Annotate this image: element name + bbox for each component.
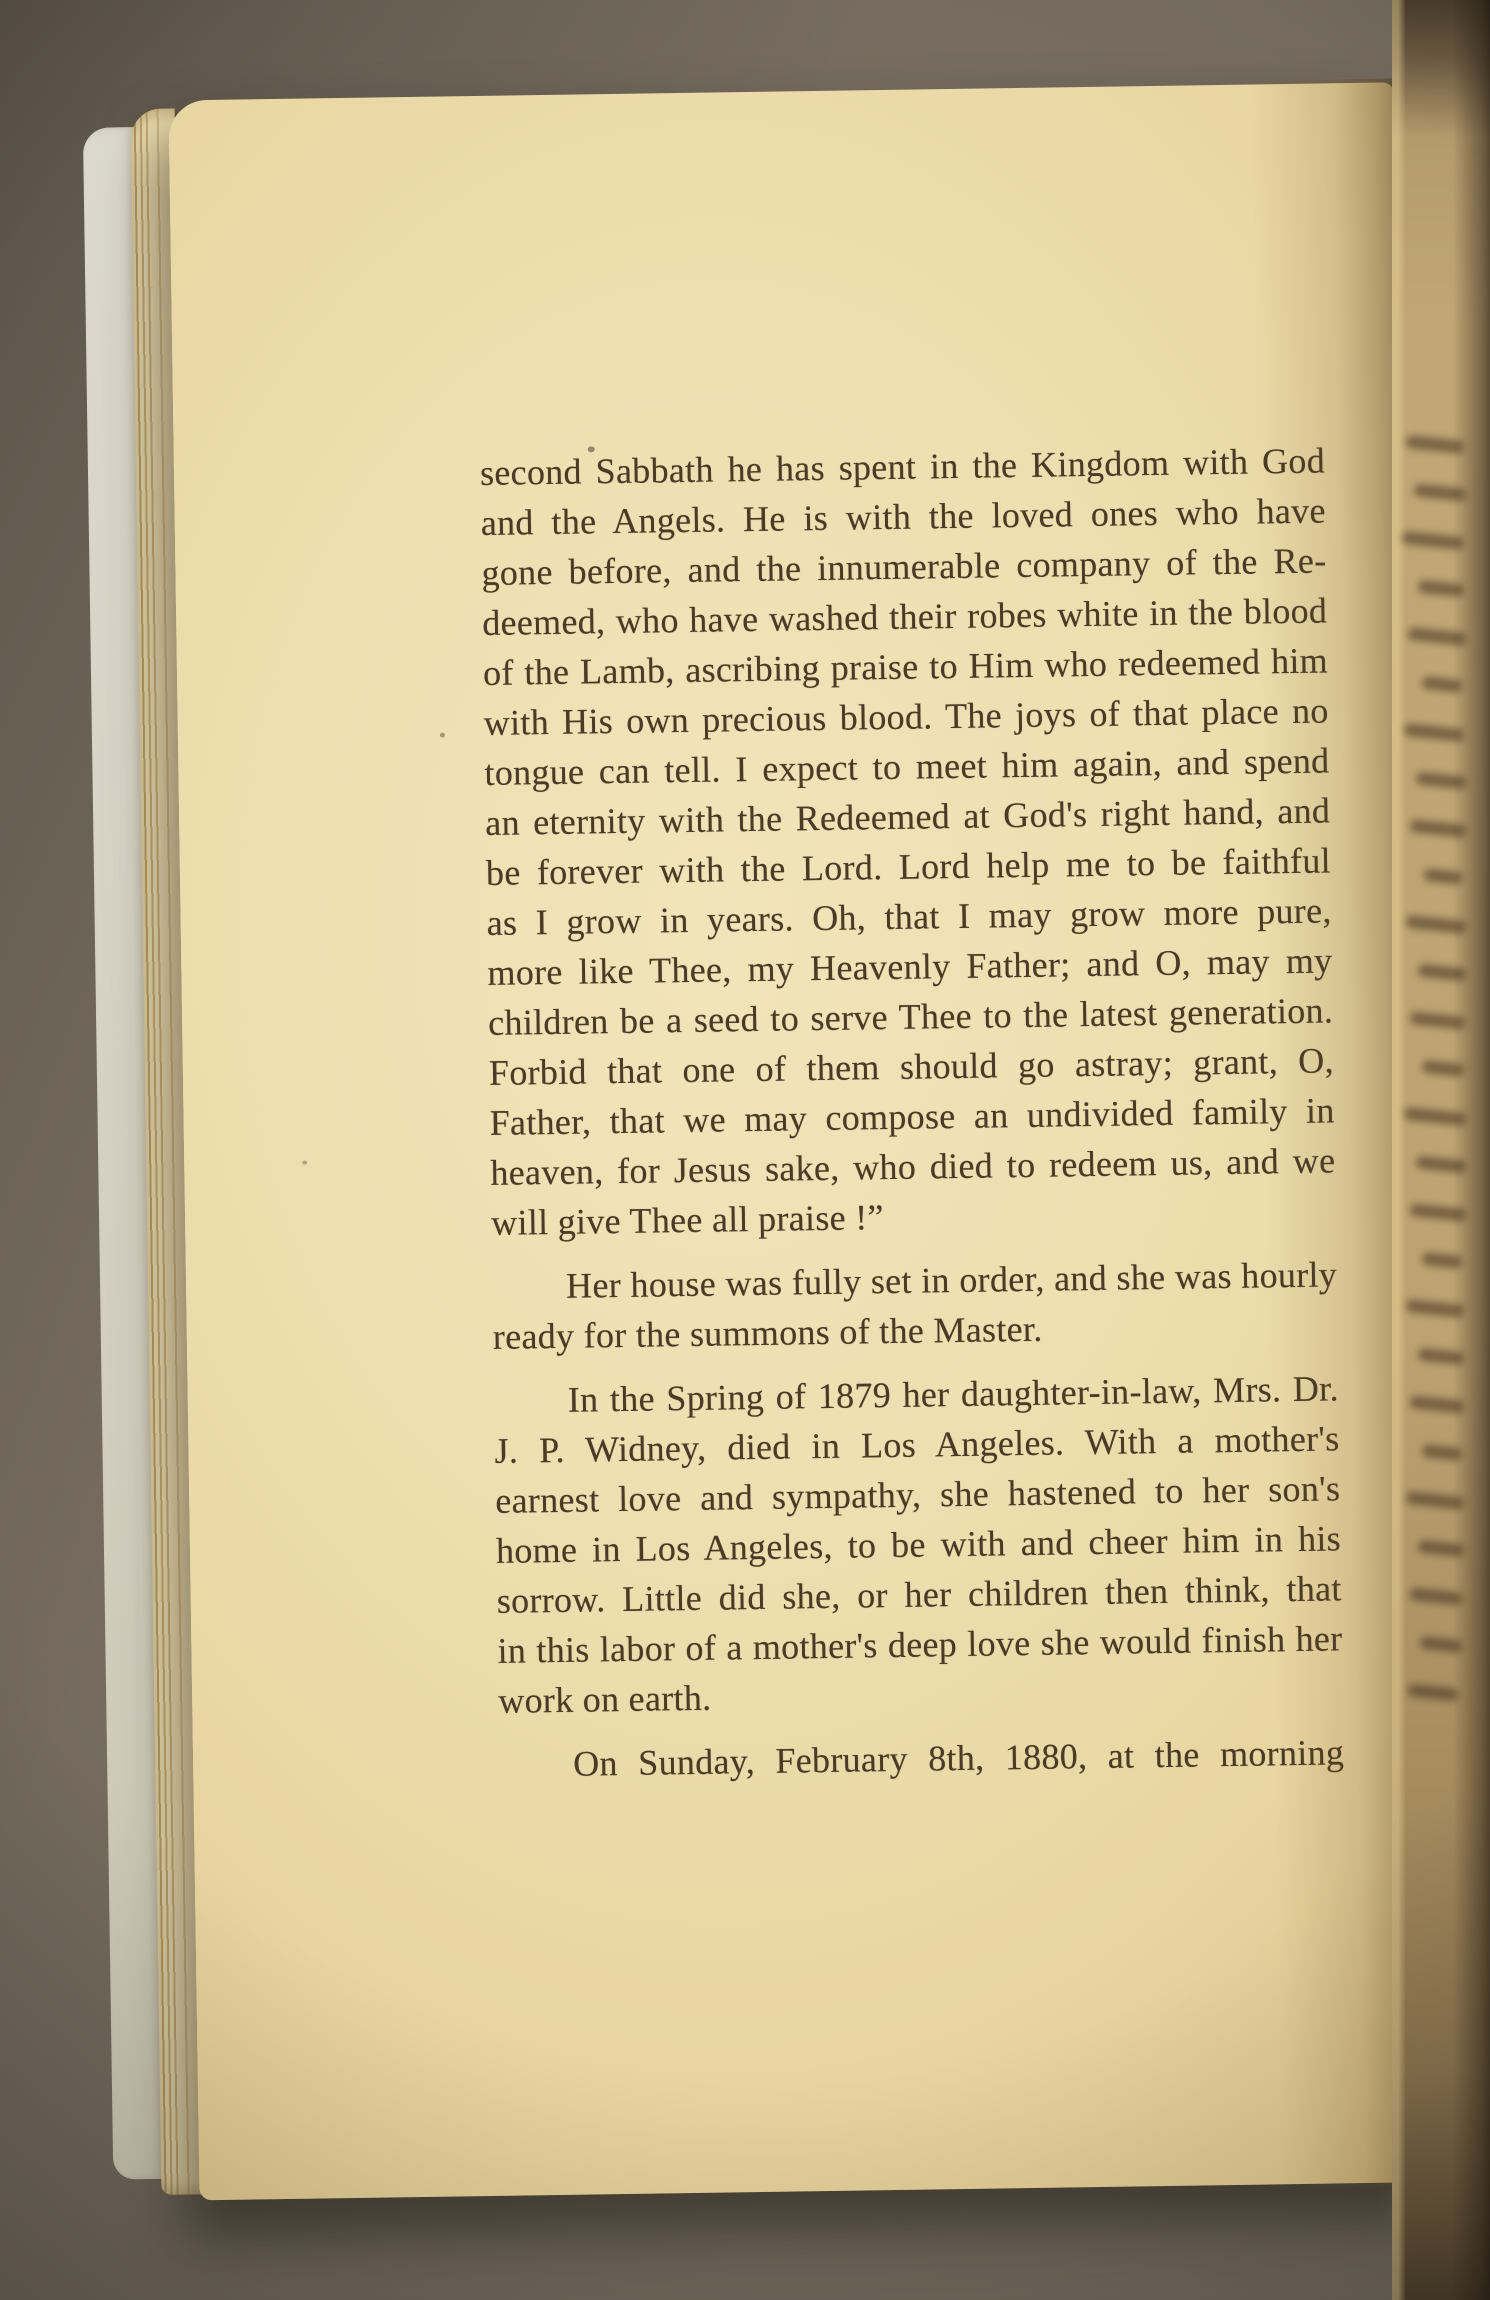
page-text: second Sabbath he has spent in the Kingd…: [480, 435, 1345, 1789]
blurred-text-line: [1409, 1203, 1466, 1222]
blurred-text-line: [1413, 483, 1466, 501]
book-page: second Sabbath he has spent in the Kingd…: [168, 82, 1425, 2200]
paragraph: On Sunday, February 8th, 1880, at the mo…: [499, 1727, 1345, 1790]
blurred-text-line: [1407, 1683, 1458, 1701]
blurred-text-line: [1421, 1252, 1462, 1269]
blurred-text-line: [1415, 771, 1466, 789]
ink-speck: [302, 1161, 307, 1165]
blurred-text-line: [1417, 580, 1464, 598]
blurred-text-line: [1405, 915, 1466, 934]
photo-backdrop: second Sabbath he has spent in the Kingd…: [0, 0, 1490, 2300]
blurred-text-line: [1417, 1540, 1464, 1558]
book: second Sabbath he has spent in the Kingd…: [82, 82, 1425, 2201]
text-line: On Sunday, February 8th, 1880, at the mo…: [499, 1727, 1345, 1790]
blurred-text-line: [1401, 531, 1464, 550]
blurred-text-line: [1409, 1587, 1462, 1605]
blurred-text-line: [1409, 1395, 1464, 1414]
blurred-text-line: [1407, 627, 1466, 646]
blurred-text-line: [1409, 1011, 1465, 1030]
blurred-text-line: [1419, 1636, 1462, 1653]
blurred-text-line: [1417, 1348, 1464, 1366]
blurred-text-line: [1405, 435, 1464, 454]
blurred-text-line: [1409, 819, 1466, 838]
blurred-text-line: [1415, 1155, 1466, 1173]
blurred-text-line: [1405, 1299, 1464, 1318]
blurred-text-line: [1421, 1060, 1464, 1077]
blurred-text-line: [1417, 964, 1466, 982]
blurred-text-line: [1403, 1107, 1466, 1126]
adjacent-page: [1392, 0, 1490, 2300]
blurred-text-line: [1421, 1444, 1462, 1461]
blurred-text-line: [1421, 676, 1462, 693]
paragraph: second Sabbath he has spent in the Kingd…: [480, 435, 1337, 1247]
blurred-text-line: [1403, 723, 1464, 742]
ink-speck: [440, 733, 445, 738]
paragraph: In the Spring of 1879 her daughter-in-la…: [493, 1363, 1343, 1725]
paragraph: Her house was fully set in order, and sh…: [492, 1249, 1338, 1362]
blurred-text-line: [1405, 1491, 1464, 1510]
blurred-text-line: [1423, 868, 1462, 885]
